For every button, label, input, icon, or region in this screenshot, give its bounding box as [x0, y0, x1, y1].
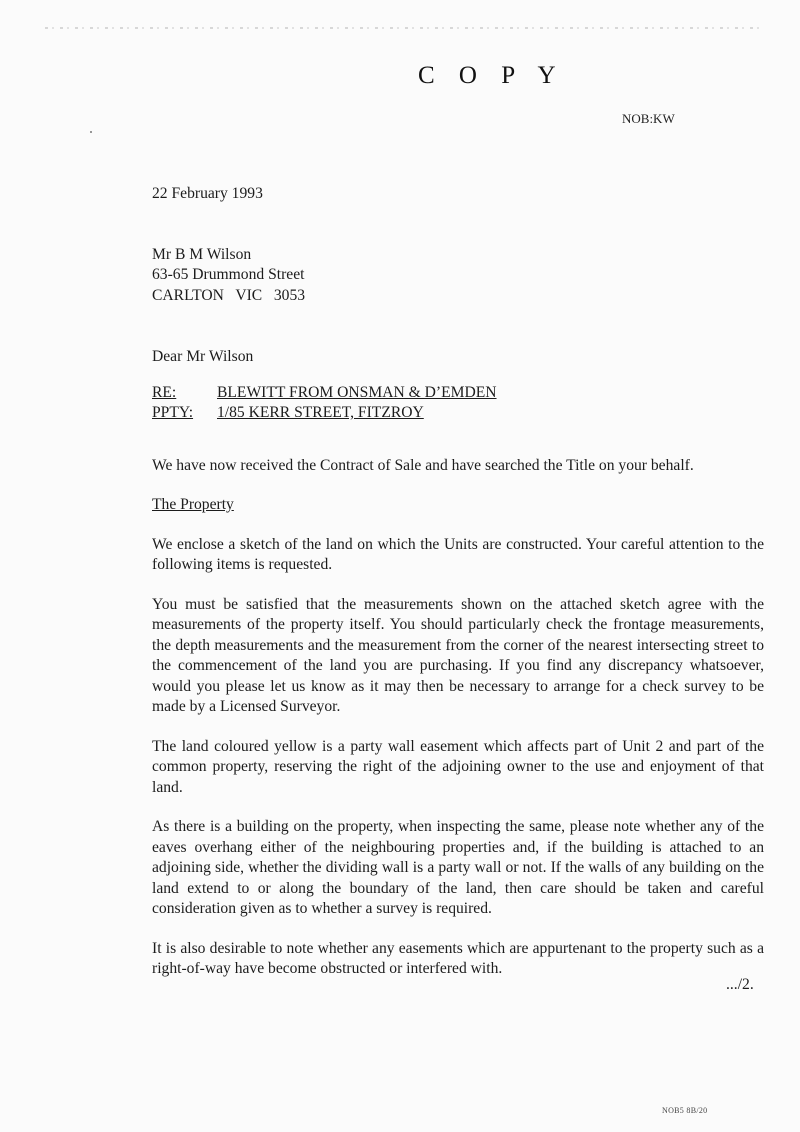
- body-paragraph: We enclose a sketch of the land on which…: [152, 535, 764, 576]
- recipient-address: Mr B M Wilson 63-65 Drummond Street CARL…: [152, 245, 764, 307]
- subject-label: PPTY:: [152, 403, 217, 424]
- subject-value: 1/85 KERR STREET, FITZROY: [217, 403, 424, 424]
- body-paragraph: As there is a building on the property, …: [152, 817, 764, 920]
- intro-paragraph: We have now received the Contract of Sal…: [152, 456, 764, 477]
- footer-code: NOB5 8B/20: [662, 1106, 707, 1115]
- body-paragraph: It is also desirable to note whether any…: [152, 939, 764, 980]
- reference-code: NOB:KW: [622, 111, 675, 127]
- subject-block: RE: BLEWITT FROM ONSMAN & D’EMDEN PPTY: …: [152, 383, 764, 424]
- copy-stamp: C O P Y: [418, 62, 565, 90]
- subject-value: BLEWITT FROM ONSMAN & D’EMDEN: [217, 383, 497, 404]
- section-heading: The Property: [152, 495, 764, 516]
- letter-body: 22 February 1993 Mr B M Wilson 63-65 Dru…: [152, 184, 764, 980]
- scan-speck: [90, 131, 92, 133]
- subject-row-re: RE: BLEWITT FROM ONSMAN & D’EMDEN: [152, 383, 764, 404]
- page-continuation: .../2.: [726, 976, 754, 994]
- body-paragraph: You must be satisfied that the measureme…: [152, 595, 764, 718]
- subject-row-ppty: PPTY: 1/85 KERR STREET, FITZROY: [152, 403, 764, 424]
- salutation: Dear Mr Wilson: [152, 347, 764, 368]
- scan-noise-line: [45, 27, 765, 29]
- body-paragraph: The land coloured yellow is a party wall…: [152, 737, 764, 799]
- subject-label: RE:: [152, 383, 217, 404]
- recipient-street: 63-65 Drummond Street: [152, 265, 764, 286]
- letter-date: 22 February 1993: [152, 184, 764, 205]
- recipient-name: Mr B M Wilson: [152, 245, 764, 266]
- recipient-city-line: CARLTON VIC 3053: [152, 286, 764, 307]
